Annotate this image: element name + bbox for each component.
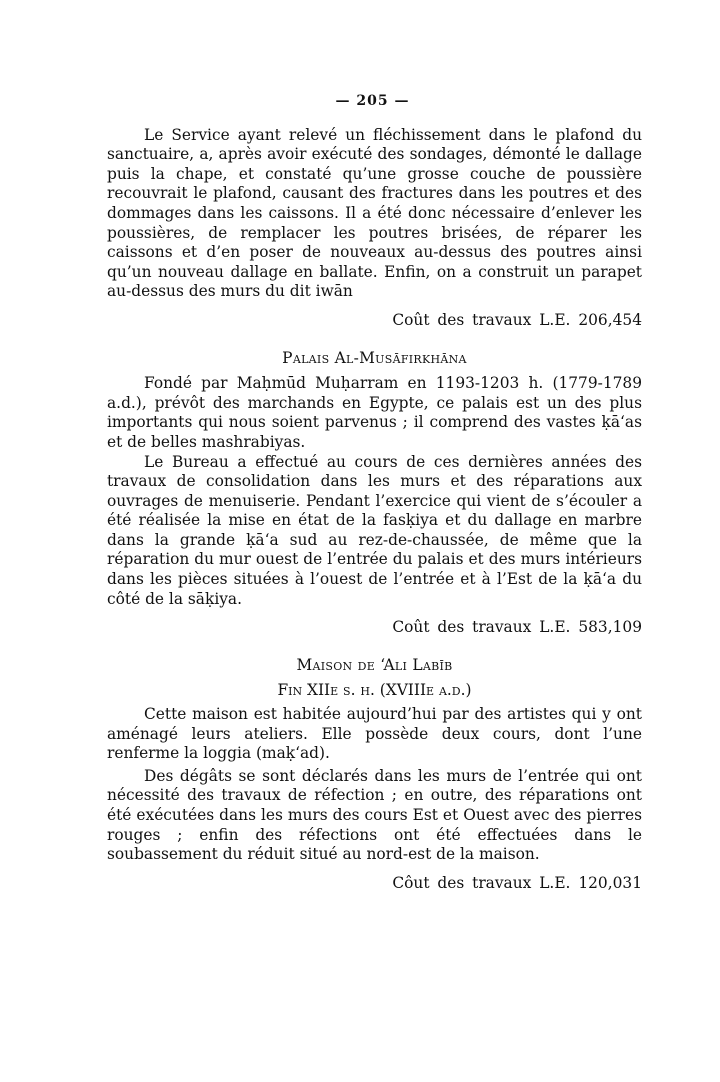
section-heading: Palais Al-Musāfirkhāna	[107, 349, 642, 369]
paragraph: Le Service ayant relevé un fléchissement…	[107, 126, 642, 302]
paragraph: Le Bureau a effectué au cours de ces der…	[107, 453, 642, 610]
cost-line: Coût des travaux L.E. 583,109	[107, 618, 642, 638]
paragraph: Cette maison est habitée aujourd’hui par…	[107, 705, 642, 764]
cost-line: Coût des travaux L.E. 206,454	[107, 311, 642, 331]
paragraph: Fondé par Maḥmūd Muḥarram en 1193-1203 h…	[107, 374, 642, 452]
document-page: — 205 — Le Service ayant relevé un fléch…	[107, 92, 642, 893]
section-subheading: Fin XIIe s. h. (XVIIIe a.d.)	[107, 681, 642, 701]
section-heading: Maison de ‘Ali Labīb	[107, 656, 642, 676]
section-maison-ali-labib: Maison de ‘Ali Labīb Fin XIIe s. h. (XVI…	[107, 656, 642, 894]
cost-line: Côut des travaux L.E. 120,031	[107, 874, 642, 894]
page-number: — 205 —	[103, 92, 642, 112]
section-palais-al-musafirkhana: Palais Al-Musāfirkhāna Fondé par Maḥmūd …	[107, 349, 642, 638]
section-sanctuary: Le Service ayant relevé un fléchissement…	[107, 126, 642, 331]
paragraph: Des dégâts se sont déclarés dans les mur…	[107, 767, 642, 865]
